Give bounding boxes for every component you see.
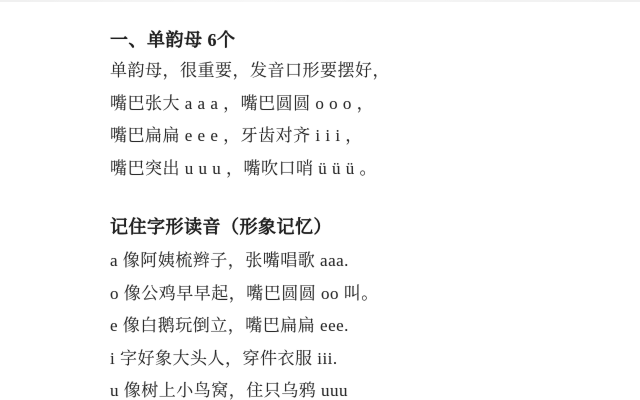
rhyme-line: 单韵母，很重要，发音口形要摆好， [110, 55, 580, 88]
page-content: 一、单韵母 6个 单韵母，很重要，发音口形要摆好， 嘴巴张大 a a a ，嘴巴… [110, 30, 580, 400]
mnemonic-line: a 像阿姨梳辫子，张嘴唱歌 aaa. [110, 245, 580, 278]
rhyme-line: 嘴巴扁扁 e e e ，牙齿对齐 i i i ， [110, 120, 580, 153]
section-heading-single-vowels: 一、单韵母 6个 [110, 30, 580, 50]
rhyme-line: 嘴巴突出 u u u ，嘴吹口哨 ü ü ü 。 [110, 153, 580, 186]
mnemonic-line: i 字好象大头人，穿件衣服 iii. [110, 343, 580, 376]
section-heading-shape-memory: 记住字形读音（形象记忆） [110, 217, 580, 237]
section-shape-memory: 记住字形读音（形象记忆） a 像阿姨梳辫子，张嘴唱歌 aaa. o 像公鸡早早起… [110, 217, 580, 400]
rhyme-line: 嘴巴张大 a a a ，嘴巴圆圆 o o o ， [110, 88, 580, 121]
section-single-vowels: 一、单韵母 6个 单韵母，很重要，发音口形要摆好， 嘴巴张大 a a a ，嘴巴… [110, 30, 580, 185]
document-page: 一、单韵母 6个 单韵母，很重要，发音口形要摆好， 嘴巴张大 a a a ，嘴巴… [0, 0, 640, 400]
mnemonic-line: o 像公鸡早早起，嘴巴圆圆 oo 叫。 [110, 278, 580, 311]
mnemonic-line: u 像树上小鸟窝，住只乌鸦 uuu [110, 375, 580, 400]
scan-edge-artifact [0, 0, 640, 2]
mnemonic-line: e 像白鹅玩倒立，嘴巴扁扁 eee. [110, 310, 580, 343]
